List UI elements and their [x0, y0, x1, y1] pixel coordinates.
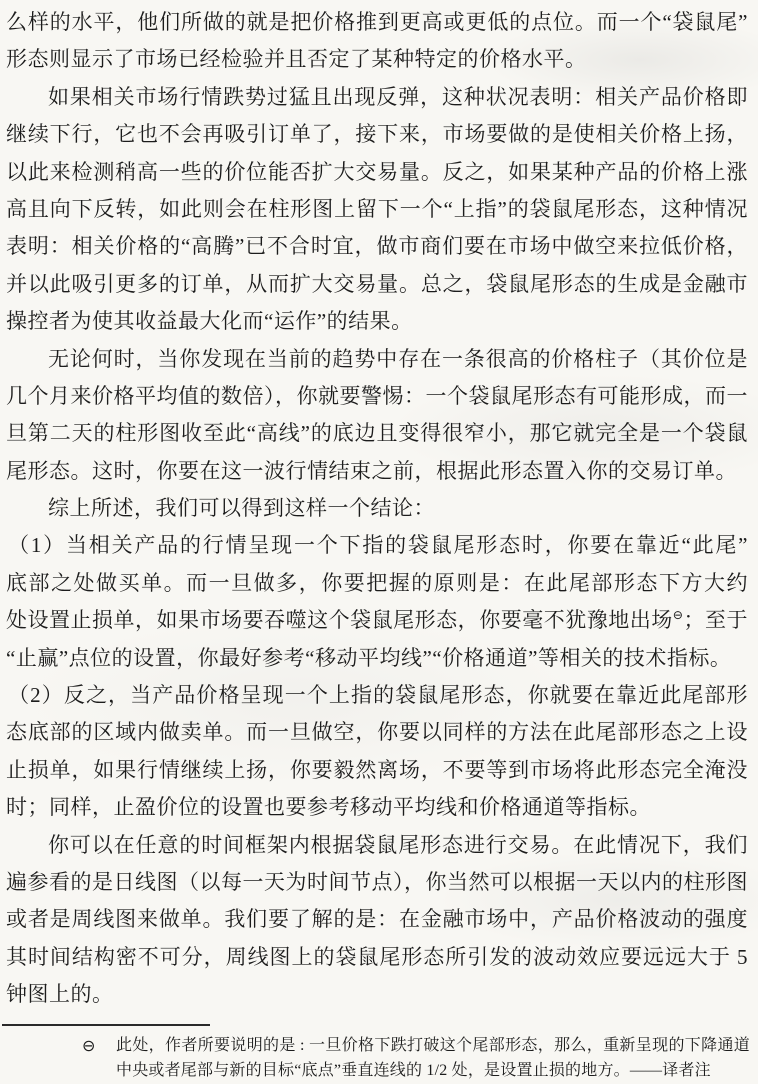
- text-line: 几个月来价格平均值的数倍），你就要警惕：一个袋鼠尾形态有可能形成，而一: [6, 378, 748, 415]
- text-line: 高且向下反转，如此则会在柱形图上留下一个“上指”的袋鼠尾形态，这种情况: [6, 191, 748, 228]
- text-line: 态底部的区域内做卖单。而一旦做空，你要以同样的方法在此尾部形态之上设置: [6, 714, 748, 751]
- book-page: 么样的水平，他们所做的就是把价格推到更高或更低的点位。而一个“袋鼠尾”形态则显示…: [0, 0, 758, 1084]
- text-line: 表明：相关价格的“高腾”已不合时宜，做市商们要在市场中做空来拉低价格，: [6, 228, 748, 265]
- scanned-book-page: { "page": { "colors": { "background": "#…: [0, 0, 758, 1084]
- text-line: “止赢”点位的设置，你最好参考“移动平均线”“价格通道”等相关的技术指标。: [6, 640, 748, 677]
- text-line: 其时间结构密不可分，周线图上的袋鼠尾形态所引发的波动效应要远远大于 5 分: [6, 939, 748, 976]
- text-line: 以此来检测稍高一些的价位能否扩大交易量。反之，如果某种产品的价格上涨过: [6, 154, 748, 191]
- text-line: 此处，作者所要说明的是 : 一旦价格下跌打破这个尾部形态，那么，重新呈现的下降通…: [116, 1033, 750, 1058]
- text-line: 你可以在任意的时间框架内根据袋鼠尾形态进行交易。在此情况下，我们普: [6, 827, 748, 864]
- text-line: 操控者为使其收益最大化而“运作”的结果。: [6, 303, 748, 340]
- text-line: 底部之处做买单。而一旦做多，你要把握的原则是：在此尾部形态下方大约 1/2: [6, 565, 748, 602]
- body-text: 么样的水平，他们所做的就是把价格推到更高或更低的点位。而一个“袋鼠尾”形态则显示…: [6, 4, 748, 1014]
- text-line: 么样的水平，他们所做的就是把价格推到更高或更低的点位。而一个“袋鼠尾”: [6, 4, 748, 41]
- text-line: （1）当相关产品的行情呈现一个下指的袋鼠尾形态时，你要在靠近“此尾”: [6, 527, 748, 564]
- text-line: 尾形态。这时，你要在这一波行情结束之前，根据此形态置入你的交易订单。: [6, 453, 748, 490]
- text-line: 时；同样，止盈价位的设置也要参考移动平均线和价格通道等指标。: [6, 789, 748, 826]
- text-line: （2）反之，当产品价格呈现一个上指的袋鼠尾形态，你就要在靠近此尾部形: [6, 677, 748, 714]
- text-line: 钟图上的。: [6, 976, 748, 1013]
- footnote-ref-mark: ⊖: [673, 608, 684, 622]
- footnote-text: 此处，作者所要说明的是 : 一旦价格下跌打破这个尾部形态，那么，重新呈现的下降通…: [116, 1033, 758, 1083]
- text-line: 综上所述，我们可以得到这样一个结论：: [6, 490, 748, 527]
- footnote-marker: ⊖: [82, 1033, 116, 1058]
- text-line: 形态则显示了市场已经检验并且否定了某种特定的价格水平。: [6, 41, 748, 78]
- footnote-separator: [2, 1024, 210, 1026]
- footnote: ⊖ 此处，作者所要说明的是 : 一旦价格下跌打破这个尾部形态，那么，重新呈现的下…: [0, 1033, 758, 1083]
- text-line: 如果相关市场行情跌势过猛且出现反弹，这种状况表明：相关产品价格即使: [6, 79, 748, 116]
- text-line: 继续下行，它也不会再吸引订单了，接下来，市场要做的是使相关价格上扬，并: [6, 116, 748, 153]
- text-line: 旦第二天的柱形图收至此“高线”的底边且变得很窄小，那它就完全是一个袋鼠: [6, 415, 748, 452]
- text-line: 止损单，如果行情继续上扬，你要毅然离场，不要等到市场将此形态完全淹没之: [6, 752, 748, 789]
- text-line: 遍参看的是日线图（以每一天为时间节点），你当然可以根据一天以内的柱形图: [6, 864, 748, 901]
- text-line: 并以此吸引更多的订单，从而扩大交易量。总之，袋鼠尾形态的生成是金融市场: [6, 266, 748, 303]
- text-line: 或者是周线图来做单。我们要了解的是：在金融市场中，产品价格波动的强度与: [6, 901, 748, 938]
- text-line: 无论何时，当你发现在当前的趋势中存在一条很高的价格柱子（其价位是近: [6, 341, 748, 378]
- text-line: 处设置止损单，如果市场要吞噬这个袋鼠尾形态，你要毫不犹豫地出场⊖；至于: [6, 602, 748, 639]
- text-line: 中央或者尾部与新的目标“底点”垂直连线的 1/2 处，是设置止损的地方。——译者…: [116, 1058, 750, 1083]
